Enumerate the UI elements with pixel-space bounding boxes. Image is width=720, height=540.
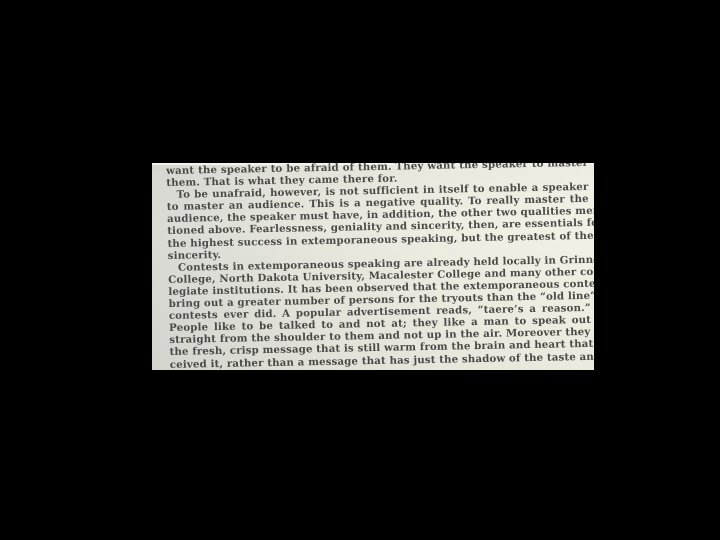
scanned-page: want the speaker to be afraid of them. T… [152, 163, 594, 370]
body-text: want the speaker to be afraid of them. T… [166, 163, 592, 370]
